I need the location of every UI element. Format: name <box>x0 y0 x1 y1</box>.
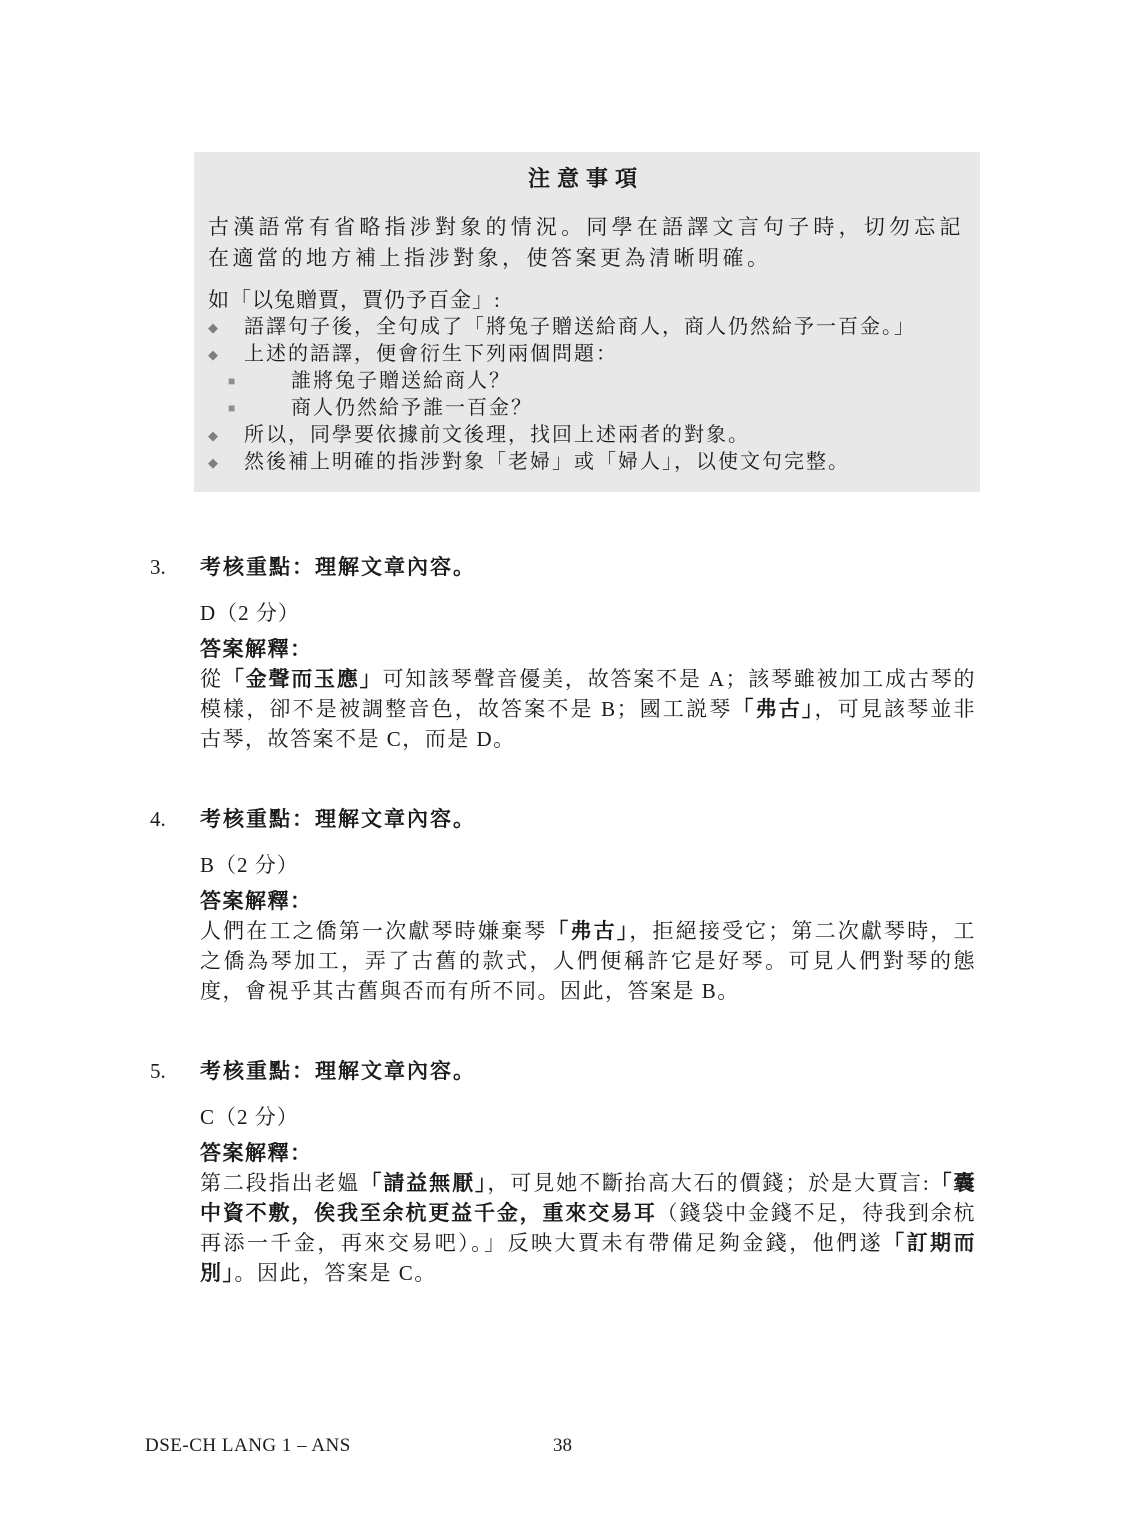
notice-bullet-list: ◆ 語譯句子後，全句成了「將兔子贈送給商人，商人仍然給予一百金。」 ◆ 上述的語… <box>208 314 964 476</box>
diamond-bullet-icon: ◆ <box>208 341 244 368</box>
explanation-quote-bold: 「弗古」 <box>547 919 629 943</box>
diamond-bullet-icon: ◆ <box>208 422 244 449</box>
square-bullet-icon: ■ <box>228 395 291 422</box>
notice-bullet-item: ■ 商人仍然給予誰一百金？ <box>208 395 964 422</box>
explanation-text: 第二段指出老媼 <box>200 1171 360 1195</box>
question-answer: C（2 分） <box>200 1102 976 1132</box>
answer-explanation: 第二段指出老媼「請益無厭」，可見她不斷抬高大石的價錢；於是大賈言:「囊中資不敷，… <box>200 1168 976 1288</box>
notice-bullet-text: 商人仍然給予誰一百金？ <box>291 395 533 422</box>
notice-bullet-text: 語譯句子後，全句成了「將兔子贈送給商人，商人仍然給予一百金。」 <box>244 314 916 341</box>
notice-title: 注意事項 <box>208 164 964 194</box>
diamond-bullet-icon: ◆ <box>208 314 244 341</box>
question-item: 3. 考核重點：理解文章內容。 D（2 分） 答案解釋： 從「金聲而玉應」可知該… <box>150 552 976 754</box>
diamond-bullet-icon: ◆ <box>208 449 244 476</box>
answer-explanation: 從「金聲而玉應」可知該琴聲音優美，故答案不是 A；該琴雖被加工成古琴的模樣，卻不… <box>200 664 976 754</box>
notice-box: 注意事項 古漢語常有省略指涉對象的情況。同學在語譯文言句子時，切勿忘記在適當的地… <box>194 152 980 492</box>
notice-bullet-text: 誰將兔子贈送給商人？ <box>291 368 511 395</box>
explanation-quote-bold: 「請益無厭」 <box>360 1171 487 1195</box>
answer-explain-label: 答案解釋： <box>200 1138 976 1168</box>
square-bullet-icon: ■ <box>228 368 291 395</box>
question-number: 3. <box>150 552 200 754</box>
answer-explanation: 人們在工之僑第一次獻琴時嫌棄琴「弗古」，拒絕接受它；第二次獻琴時，工之僑為琴加工… <box>200 916 976 1006</box>
question-heading: 考核重點：理解文章內容。 <box>200 804 976 834</box>
question-heading: 考核重點：理解文章內容。 <box>200 1056 976 1086</box>
question-item: 5. 考核重點：理解文章內容。 C（2 分） 答案解釋： 第二段指出老媼「請益無… <box>150 1056 976 1288</box>
explanation-text: 。因此，答案是 C。 <box>235 1261 437 1285</box>
notice-bullet-item: ◆ 所以，同學要依據前文後理，找回上述兩者的對象。 <box>208 422 964 449</box>
explanation-quote-bold: 「金聲而玉應」 <box>223 667 383 691</box>
notice-bullet-item: ◆ 上述的語譯，便會衍生下列兩個問題： <box>208 341 964 368</box>
answer-explain-label: 答案解釋： <box>200 634 976 664</box>
question-list: 3. 考核重點：理解文章內容。 D（2 分） 答案解釋： 從「金聲而玉應」可知該… <box>150 552 976 1338</box>
notice-bullet-item: ◆ 語譯句子後，全句成了「將兔子贈送給商人，商人仍然給予一百金。」 <box>208 314 964 341</box>
question-answer: D（2 分） <box>200 598 976 628</box>
document-page: 注意事項 古漢語常有省略指涉對象的情況。同學在語譯文言句子時，切勿忘記在適當的地… <box>0 0 1125 1538</box>
question-heading: 考核重點：理解文章內容。 <box>200 552 976 582</box>
question-answer: B（2 分） <box>200 850 976 880</box>
explanation-text: 從 <box>200 667 223 691</box>
question-number: 4. <box>150 804 200 1006</box>
answer-explain-label: 答案解釋： <box>200 886 976 916</box>
notice-bullet-text: 然後補上明確的指涉對象「老婦」或「婦人」，以使文句完整。 <box>244 449 850 476</box>
explanation-text: ，可見她不斷抬高大石的價錢；於是大賈言: <box>487 1171 930 1195</box>
notice-bullet-text: 上述的語譯，便會衍生下列兩個問題： <box>244 341 618 368</box>
footer-doc-code: DSE-CH LANG 1 – ANS <box>145 1435 351 1457</box>
notice-example-lead: 如「以兔贈賈，賈仍予百金」: <box>208 286 964 314</box>
page-footer: DSE-CH LANG 1 – ANS 38 <box>0 1435 1125 1457</box>
notice-bullet-item: ◆ 然後補上明確的指涉對象「老婦」或「婦人」，以使文句完整。 <box>208 449 964 476</box>
notice-intro: 古漢語常有省略指涉對象的情況。同學在語譯文言句子時，切勿忘記在適當的地方補上指涉… <box>208 212 964 274</box>
notice-bullet-text: 所以，同學要依據前文後理，找回上述兩者的對象。 <box>244 422 750 449</box>
explanation-quote-bold: 「弗古」 <box>732 697 814 721</box>
question-number: 5. <box>150 1056 200 1288</box>
notice-bullet-item: ■ 誰將兔子贈送給商人？ <box>208 368 964 395</box>
question-item: 4. 考核重點：理解文章內容。 B（2 分） 答案解釋： 人們在工之僑第一次獻琴… <box>150 804 976 1006</box>
explanation-text: 人們在工之僑第一次獻琴時嫌棄琴 <box>200 919 547 943</box>
